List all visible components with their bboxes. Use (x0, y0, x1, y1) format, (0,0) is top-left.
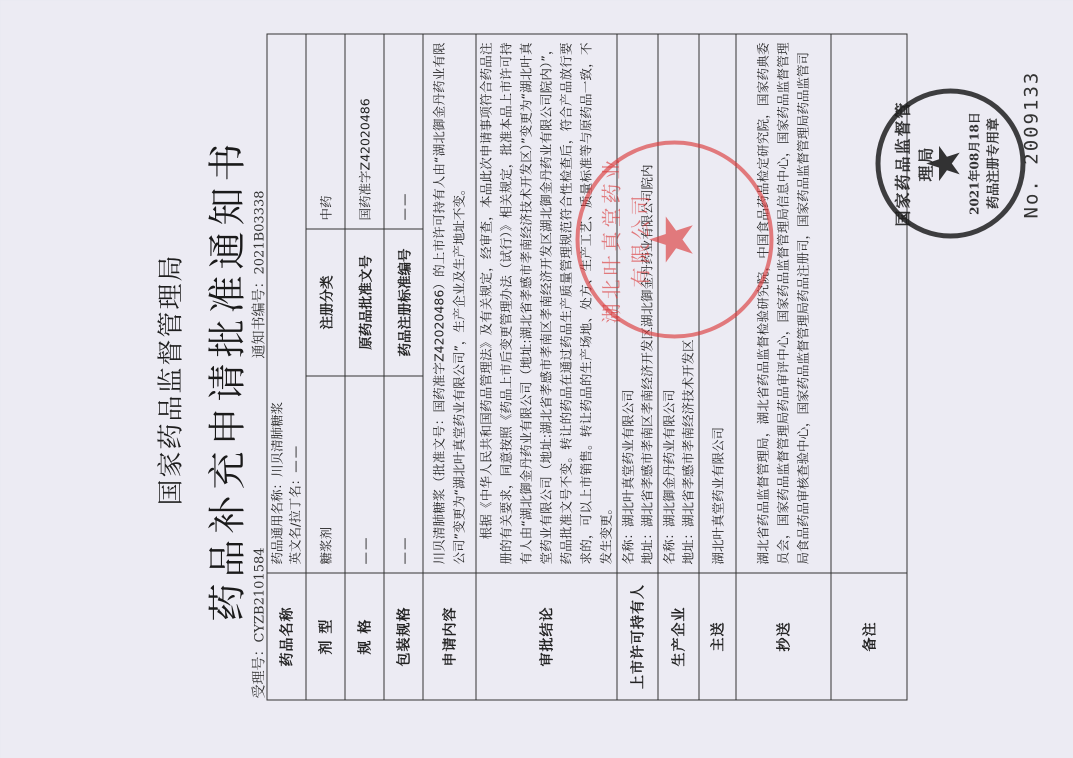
spec-label: 规 格 (345, 573, 384, 700)
mfr-name: 湖北御金丹药业有限公司 (661, 389, 676, 527)
std-no-label: 药品注册标准编号 (384, 229, 423, 376)
serial-number: No. 2009133 (1020, 70, 1042, 218)
approval-table: 药品名称 药品通用名称：川贝清肺糖浆 英文名/拉丁名：—— 剂 型 糖浆剂 注册… (266, 33, 907, 700)
generic-name-label: 药品通用名称： (269, 476, 284, 564)
apply-content: 川贝清肺糖浆（批准文号：国药准字Z42020486）的上市许可持有人由“湖北御金… (423, 34, 476, 573)
reg-class-label: 注册分类 (306, 229, 345, 376)
drug-name-cell: 药品通用名称：川贝清肺糖浆 英文名/拉丁名：—— (267, 34, 306, 573)
orig-approval-label: 原药品批准文号 (345, 229, 384, 376)
star-icon: ★ (916, 93, 970, 233)
package-row: 包装规格 —— 药品注册标准编号 —— (384, 34, 423, 700)
spec-value: —— (345, 376, 384, 573)
dosage-form-row: 剂 型 糖浆剂 注册分类 中药 (306, 34, 345, 700)
agency-seal: 国家药品监督管理局 ★ 2021年08月18日 药品注册专用章 (875, 88, 1025, 238)
acceptance-value: CYZB2101584 (252, 547, 267, 642)
agency-seal-bottom-text: 药品注册专用章 (982, 93, 1001, 233)
note-label: 备注 (831, 573, 907, 700)
drug-name-label: 药品名称 (267, 573, 306, 700)
notice-value: 2021B03338 (252, 190, 267, 274)
manufacturer-row: 生产企业 名称：湖北御金丹药业有限公司 地址：湖北省孝感市孝南经济技术开发区 (658, 34, 699, 700)
drug-name-row: 药品名称 药品通用名称：川贝清肺糖浆 英文名/拉丁名：—— (267, 34, 306, 700)
send-label: 主送 (699, 573, 736, 700)
dosage-form-value: 糖浆剂 (306, 376, 345, 573)
star-icon: ★ (637, 144, 707, 334)
english-name-label: 英文名/拉丁名： (287, 472, 302, 564)
company-seal: 湖北叶真堂药业有限公司 ★ (575, 140, 773, 338)
orig-approval-value: 国药准字Z42020486 (345, 34, 384, 229)
notice-number: 通知书编号：2021B03338 (248, 190, 268, 358)
mfr-name-label: 名称： (661, 526, 676, 564)
reg-class-value: 中药 (306, 34, 345, 229)
dosage-form-label: 剂 型 (306, 573, 345, 700)
send-to-row: 主送 湖北叶真堂药业有限公司 (699, 34, 736, 700)
apply-label: 申请内容 (423, 573, 476, 700)
generic-name-value: 川贝清肺糖浆 (269, 401, 284, 476)
conclusion-row: 审批结论 根据《中华人民共和国药品管理法》及有关规定，经审查，本品此次申请事项符… (476, 34, 617, 700)
document-title: 药品补充申请批准通知书 (196, 0, 251, 758)
mah-name-label: 名称： (620, 526, 635, 564)
acceptance-label: 受理号： (251, 642, 267, 698)
conclusion-label: 审批结论 (476, 573, 617, 700)
mfr-addr-label: 地址： (680, 526, 695, 564)
agency-seal-date: 2021年08月18日 (965, 93, 982, 233)
notice-label: 通知书编号： (251, 274, 267, 358)
acceptance-number: 受理号：CYZB2101584 (248, 547, 268, 698)
mah-name: 湖北叶真堂药业有限公司 (620, 389, 635, 527)
cc-row: 抄送 湖北省药品监督管理局，湖北省药品监督检验研究院，中国食品药品检定研究院，国… (736, 34, 831, 700)
manufacturer-label: 生产企业 (658, 573, 699, 700)
mfr-addr: 湖北省孝感市孝南经济技术开发区 (680, 339, 695, 527)
application-content-row: 申请内容 川贝清肺糖浆（批准文号：国药准字Z42020486）的上市许可持有人由… (423, 34, 476, 700)
issuing-agency: 国家药品监督管理局 (150, 0, 187, 758)
mah-addr-label: 地址： (639, 526, 654, 564)
spec-row: 规 格 —— 原药品批准文号 国药准字Z42020486 (345, 34, 384, 700)
mah-label: 上市许可持有人 (617, 573, 658, 700)
package-label: 包装规格 (384, 573, 423, 700)
cc-label: 抄送 (736, 573, 831, 700)
approval-notice-page: 国家药品监督管理局 药品补充申请批准通知书 受理号：CYZB2101584 通知… (0, 0, 1073, 758)
mah-row: 上市许可持有人 名称：湖北叶真堂药业有限公司 地址：湖北省孝感市孝南区孝南经济开… (617, 34, 658, 700)
std-no-value: —— (384, 34, 423, 229)
package-value: —— (384, 376, 423, 573)
english-name-value: —— (287, 443, 302, 472)
